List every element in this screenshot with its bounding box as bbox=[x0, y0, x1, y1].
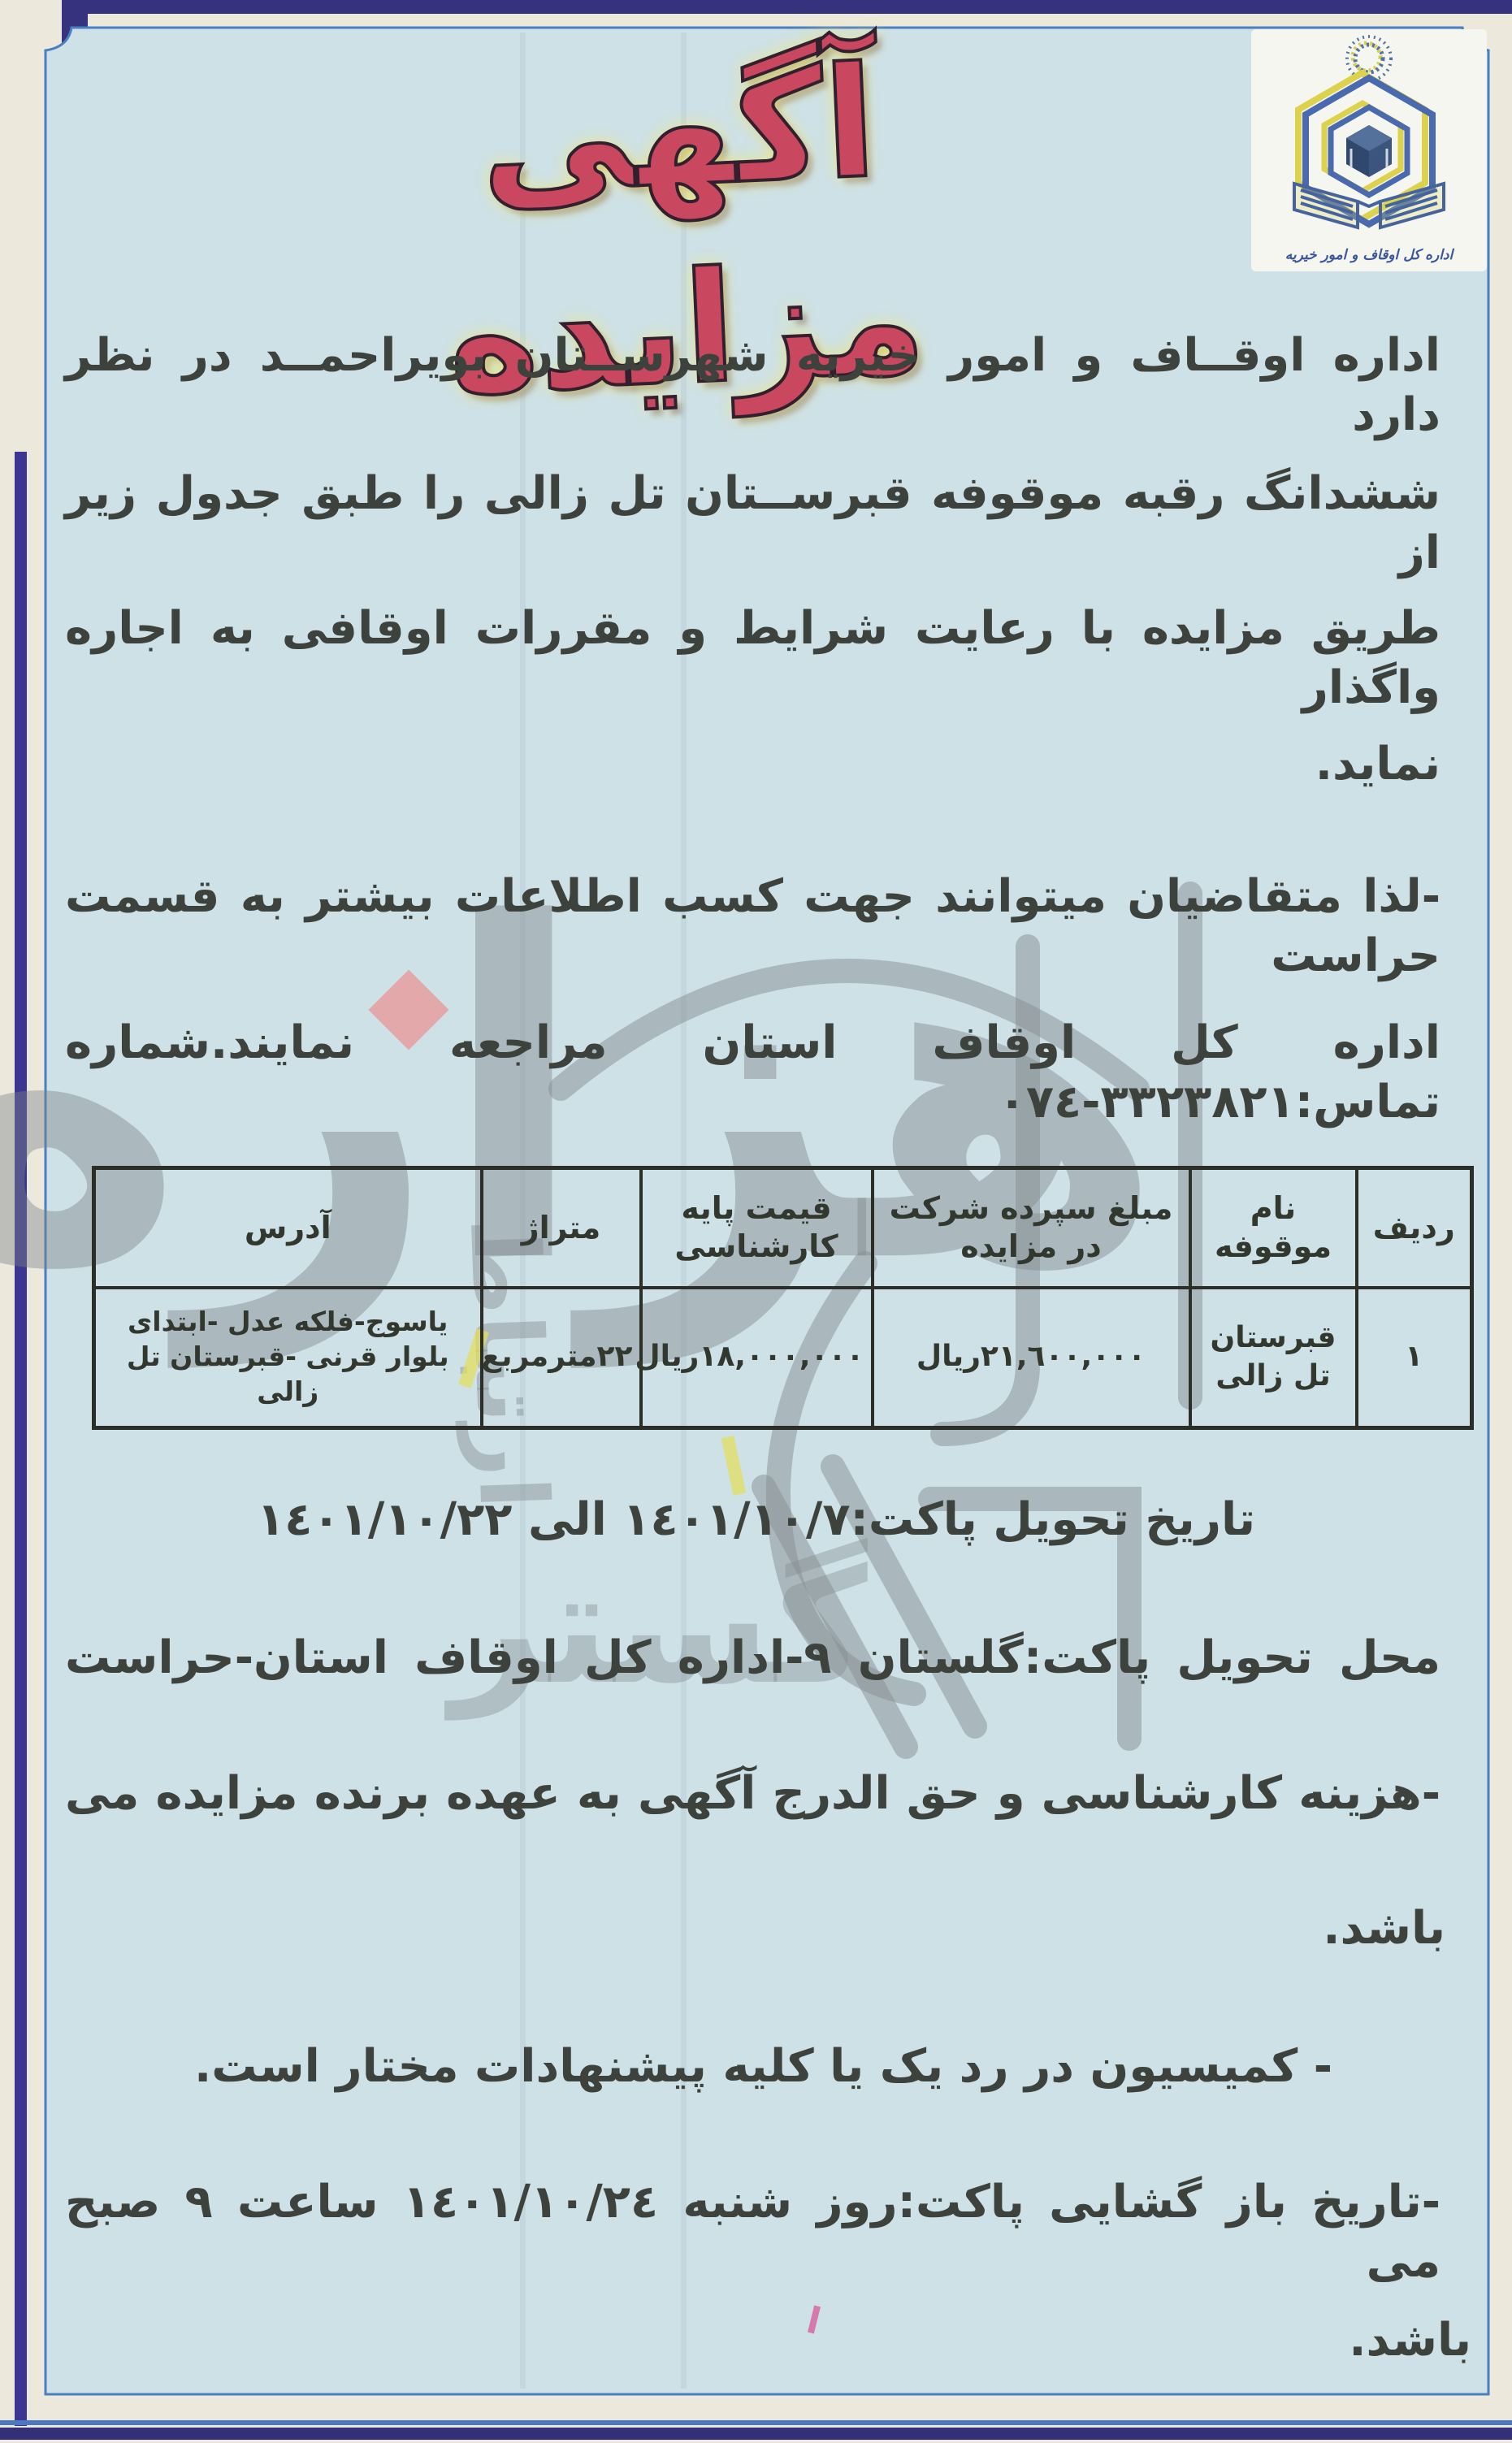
header-deposit: مبلغ سپرده شرکت در مزایده bbox=[873, 1168, 1190, 1288]
cell-base-price: ١٨,٠٠٠,٠٠٠ریال bbox=[641, 1288, 873, 1428]
table-row: ١ قبرستان تل زالی ٢١,٦٠٠,٠٠٠ریال ١٨,٠٠٠,… bbox=[94, 1288, 1472, 1428]
cell-area: ٢٢مترمربع bbox=[482, 1288, 641, 1428]
header-address: آدرس bbox=[94, 1168, 482, 1288]
awqaf-emblem-icon bbox=[1258, 31, 1480, 249]
cell-name: قبرستان تل زالی bbox=[1190, 1288, 1357, 1428]
detail-line-opening-date: -تاریخ باز گشایی پاکت:روز شنبه ١٤٠١/١٠/٢… bbox=[65, 2173, 1441, 2292]
cell-radif: ١ bbox=[1357, 1288, 1472, 1428]
cell-address: یاسوج-فلکه عدل -ابتدای بلوار قرنی -قبرست… bbox=[94, 1288, 482, 1428]
awqaf-logo-caption: اداره کل اوقاف و امور خیریه bbox=[1251, 247, 1487, 263]
awqaf-logo: اداره کل اوقاف و امور خیریه bbox=[1251, 29, 1487, 271]
header-base-price: قیمت پایه کارشناسی bbox=[641, 1168, 873, 1288]
intro-line-5: -لذا متقاضیان میتوانند جهت کسب اطلاعات ب… bbox=[65, 868, 1441, 986]
intro-line-1: اداره اوقــاف و امور خیریه شهرســتان بوی… bbox=[65, 327, 1441, 445]
header-name: نام موقوفه bbox=[1190, 1168, 1357, 1288]
detail-line-commission: - کمیسیون در رد یک یا کلیه پیشنهادات مخت… bbox=[194, 2038, 1332, 2097]
newspaper-ad-page: هزاره گستر ارتباط آگهی مزایده bbox=[0, 0, 1512, 2443]
intro-line-2: ششدانگ رقبه موقوفه قبرســتان تل زالی را … bbox=[65, 465, 1441, 583]
detail-line-opening-cont: باشد. bbox=[1349, 2311, 1471, 2371]
intro-line-4: نماید. bbox=[1315, 735, 1441, 795]
table-header-row: ردیف نام موقوفه مبلغ سپرده شرکت در مزاید… bbox=[94, 1168, 1472, 1288]
detail-line-costs-cont: باشد. bbox=[1323, 1899, 1445, 1959]
auction-table: ردیف نام موقوفه مبلغ سپرده شرکت در مزاید… bbox=[92, 1166, 1474, 1430]
cell-deposit: ٢١,٦٠٠,٠٠٠ریال bbox=[873, 1288, 1190, 1428]
detail-line-delivery-date: تاریخ تحویل پاکت:١٤٠١/١٠/٧ الی ١٤٠١/١٠/٢… bbox=[257, 1491, 1255, 1550]
detail-line-costs: -هزینه کارشناسی و حق الدرج آگهی به عهده … bbox=[65, 1765, 1441, 1824]
detail-line-delivery-place: محل تحویل پاکت:گلستان ٩-اداره کل اوقاف ا… bbox=[65, 1629, 1441, 1688]
intro-line-3: طریق مزایده با رعایت شرایط و مقررات اوقا… bbox=[65, 600, 1441, 718]
header-area: متراژ bbox=[482, 1168, 641, 1288]
header-radif: ردیف bbox=[1357, 1168, 1472, 1288]
intro-line-6: اداره کل اوقاف استان مراجعه نمایند.شماره… bbox=[65, 1014, 1441, 1133]
